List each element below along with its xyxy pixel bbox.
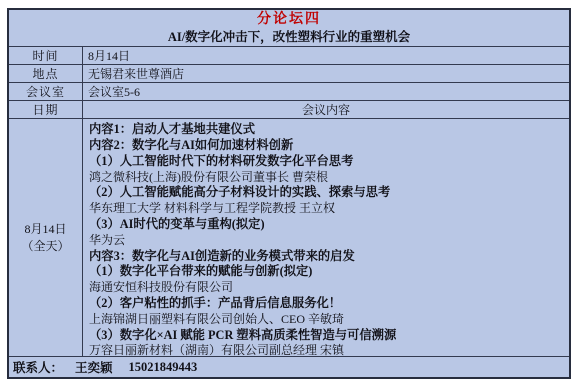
agenda-line: 内容2：数字化与AI如何加速材料创新 [89, 138, 565, 154]
agenda-line: 内容1：启动人才基地共建仪式 [89, 122, 565, 138]
agenda-line: 内容3：数字化与AI创造新的业务模式带来的启发 [89, 249, 565, 265]
location-value: 无锡君来世尊酒店 [83, 65, 569, 82]
location-label: 地点 [9, 65, 83, 82]
table-row-location: 地点 无锡君来世尊酒店 [9, 65, 569, 83]
forum-agenda-table: 分论坛四 AI/数字化冲击下，改性塑料行业的重塑机会 时间 8月14日 地点 无… [7, 8, 571, 379]
document-page: 分论坛四 AI/数字化冲击下，改性塑料行业的重塑机会 时间 8月14日 地点 无… [0, 0, 579, 386]
agenda-line: （1）人工智能时代下的材料研发数字化平台思考 [89, 154, 565, 170]
table-row-meeting-room: 会议室 会议室5-6 [9, 83, 569, 101]
table-row-agenda: 8月14日 （全天） 内容1：启动人才基地共建仪式 内容2：数字化与AI如何加速… [9, 119, 569, 357]
table-row-contact: 联系人： 王奕颖 15021849443 [9, 357, 569, 377]
contact-phone: 15021849443 [129, 360, 198, 375]
agenda-line: 华为云 [89, 233, 565, 249]
agenda-line: （3）AI时代的变革与重构(拟定) [89, 217, 565, 233]
time-value: 8月14日 [83, 47, 569, 64]
agenda-line: 海通安恒科技股份有限公司 [89, 280, 565, 296]
date-column-header: 日期 [9, 101, 83, 118]
contact-name: 王奕颖 [75, 358, 113, 376]
agenda-line: （3）数字化×AI 赋能 PCR 塑料高质柔性智造与可信溯源 [89, 328, 565, 344]
agenda-line: （1）数字化平台带来的赋能与创新(拟定) [89, 264, 565, 280]
agenda-line: 鸿之微科技(上海)股份有限公司董事长 曹荣根 [89, 170, 565, 186]
agenda-line: （2）人工智能赋能高分子材料设计的实践、探索与思考 [89, 185, 565, 201]
table-row-time: 时间 8月14日 [9, 47, 569, 65]
agenda-date-note: （全天） [21, 238, 69, 255]
agenda-date-cell: 8月14日 （全天） [9, 119, 83, 356]
meeting-room-label: 会议室 [9, 83, 83, 100]
agenda-line: 万容日丽新材料（湖南）有限公司副总经理 宋镇 [89, 343, 565, 356]
contact-label: 联系人： [13, 358, 63, 376]
agenda-line: 上海锦湖日丽塑料有限公司创始人、CEO 辛敏琦 [89, 312, 565, 328]
time-label: 时间 [9, 47, 83, 64]
content-column-header: 会议内容 [83, 101, 569, 118]
forum-title: 分论坛四 [257, 11, 321, 29]
agenda-line: 华东理工大学 材料科学与工程学院教授 王立权 [89, 201, 565, 217]
agenda-content-cell: 内容1：启动人才基地共建仪式 内容2：数字化与AI如何加速材料创新 （1）人工智… [83, 119, 569, 356]
forum-subtitle: AI/数字化冲击下，改性塑料行业的重塑机会 [168, 29, 410, 46]
agenda-line: （2）客户粘性的抓手：产品背后信息服务化！ [89, 296, 565, 312]
table-row-agenda-header: 日期 会议内容 [9, 101, 569, 119]
agenda-date: 8月14日 [24, 221, 66, 238]
table-header: 分论坛四 AI/数字化冲击下，改性塑料行业的重塑机会 [9, 10, 569, 47]
meeting-room-value: 会议室5-6 [83, 83, 569, 100]
